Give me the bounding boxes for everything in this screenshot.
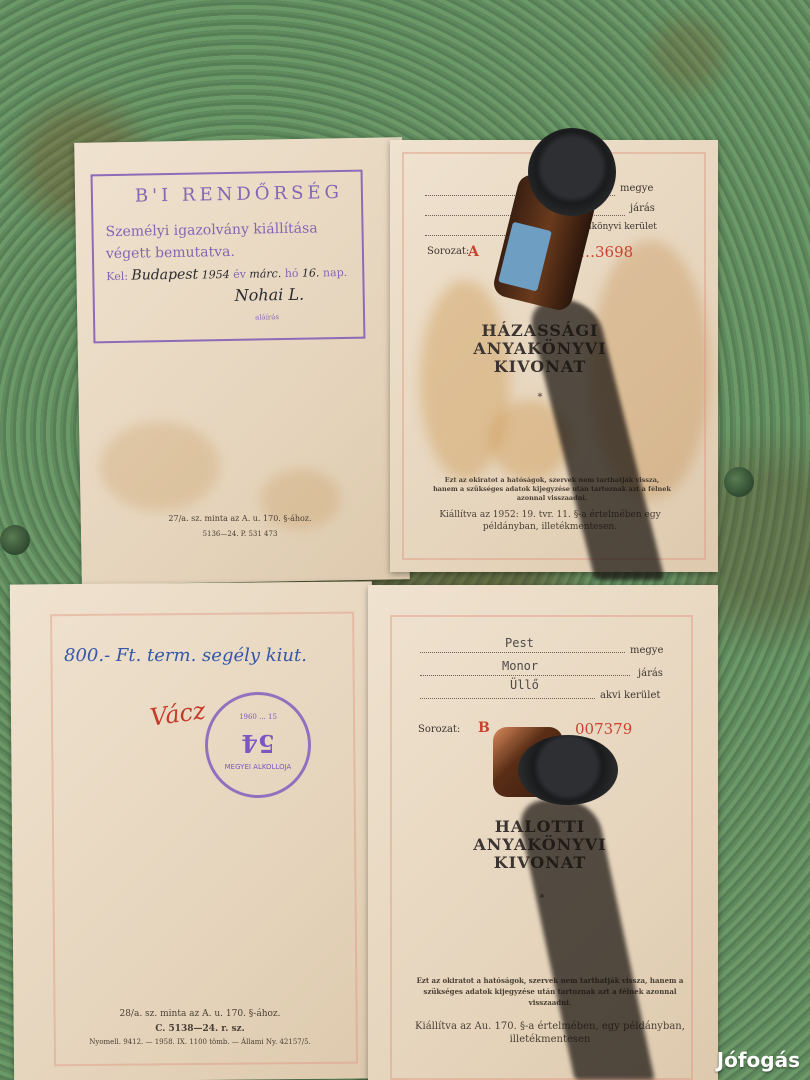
field-kerulet: akvi kerület xyxy=(600,690,660,701)
rivet xyxy=(724,467,754,497)
stamp-line: végett bemutatva. xyxy=(106,244,235,262)
handwritten-month: márc. xyxy=(249,267,281,281)
typed-megye: Pest xyxy=(505,636,534,650)
series-letter: A xyxy=(468,244,479,260)
stamp-line: Személyi igazolvány kiállítása xyxy=(105,220,317,240)
printer-info: Nyomell. 9412. — 1958. IX. 1100 tömb. — … xyxy=(50,1038,350,1046)
serial-number: …3698 xyxy=(580,243,633,261)
form-number: 28/a. sz. minta az A. u. 170. §-ához. xyxy=(60,1009,340,1019)
serial-number: 007379 xyxy=(575,720,632,738)
field-megye: megye xyxy=(630,645,663,656)
bottle-cap xyxy=(528,128,616,216)
form-number: 27/a. sz. minta az A. u. 170. §-ához. xyxy=(120,514,360,523)
bottle-cap xyxy=(518,735,618,805)
signature-label: aláírás xyxy=(255,313,279,321)
typed-kerulet: Üllő xyxy=(510,678,539,692)
round-stamp: MEGYEI ALKOLLOJA 1960 ... 15 54 xyxy=(205,692,311,798)
return-notice: Ezt az okiratot a hatóságok, szervek nem… xyxy=(410,975,690,1008)
stamp-nap: nap. xyxy=(323,266,347,279)
field-jaras: járás xyxy=(638,668,663,679)
handwritten-note: 800.- Ft. term. segély kiut. xyxy=(64,645,307,666)
series-label: Sorozat: xyxy=(418,724,460,735)
bottle-label xyxy=(498,222,552,292)
print-number: 5136—24. P. 531 473 xyxy=(120,530,360,538)
star: * xyxy=(530,392,550,403)
field-jaras: járás xyxy=(630,203,655,214)
print-code: C. 5138—24. r. sz. xyxy=(60,1024,340,1034)
stamp-ho: hó xyxy=(285,267,299,280)
handwritten-place: Budapest xyxy=(131,267,198,284)
series-letter: B xyxy=(478,720,490,736)
site-watermark: Jófogás xyxy=(717,1048,800,1072)
rivet xyxy=(0,525,30,555)
handwritten-year: 1954 xyxy=(202,268,230,281)
handwritten-day: 16. xyxy=(302,266,320,279)
stamp-ev: év xyxy=(233,268,246,281)
police-stamp: B'I RENDŐRSÉG Személyi igazolvány kiállí… xyxy=(91,170,366,344)
field-megye: megye xyxy=(620,183,653,194)
stamp-kel: Kel: xyxy=(106,270,128,283)
typed-jaras: Monor xyxy=(502,659,538,673)
series-label: Sorozat: xyxy=(427,246,469,257)
stamp-title: B'I RENDŐRSÉG xyxy=(135,182,343,207)
issued-statement: Kiállítva az Au. 170. §-a értelmében, eg… xyxy=(410,1020,690,1046)
signature: Nohai L. xyxy=(235,285,305,305)
